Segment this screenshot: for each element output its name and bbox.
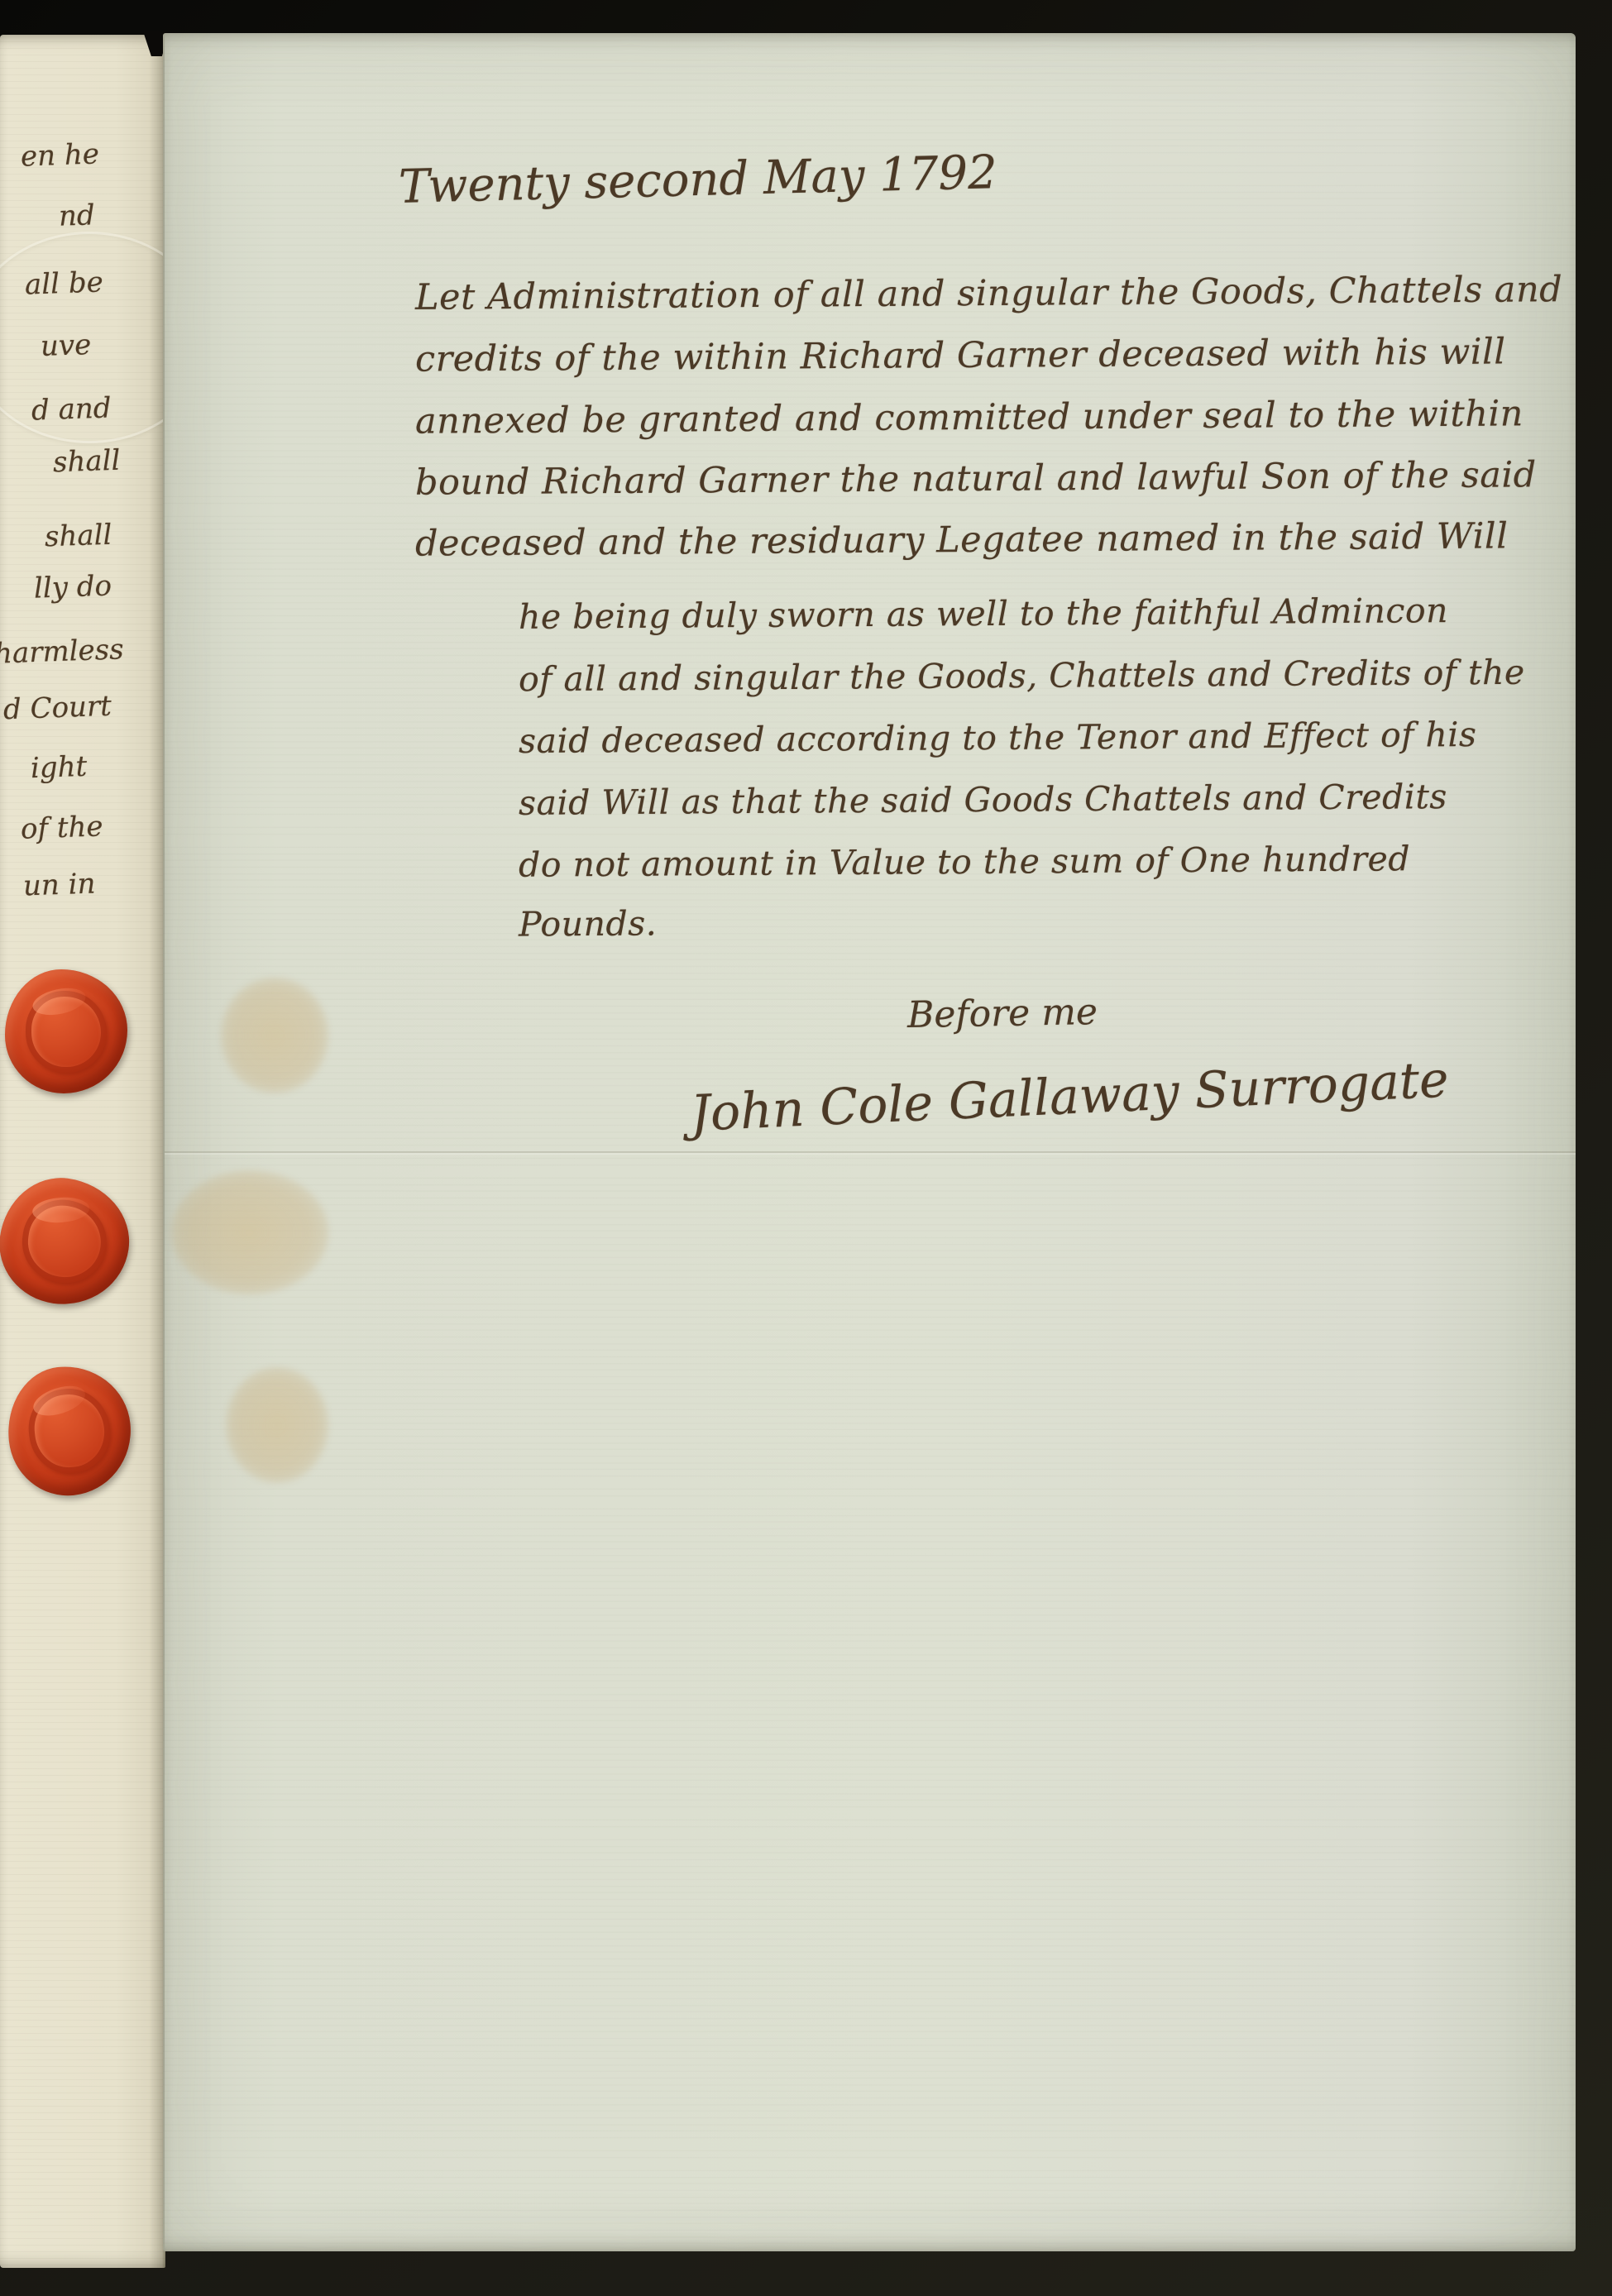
- oath-line: he being duly sworn as well to the faith…: [519, 591, 1448, 637]
- wax-seal-icon: [0, 1170, 137, 1313]
- facing-page-text-fragment: d Court: [2, 690, 112, 727]
- oath-line: said deceased according to the Tenor and…: [519, 715, 1477, 761]
- grant-line: Let Administration of all and singular t…: [415, 269, 1563, 318]
- stain-mark: [171, 1170, 328, 1294]
- oath-line: of all and singular the Goods, Chattels …: [519, 653, 1525, 699]
- facing-page-text-fragment: harmless: [0, 633, 125, 670]
- oath-line: said Will as that the said Goods Chattel…: [519, 777, 1447, 823]
- stain-mark: [226, 1367, 328, 1483]
- wax-seal-icon: [5, 969, 127, 1093]
- facing-page-edge: en he nd all be uve d and shall shall ll…: [0, 35, 165, 2268]
- facing-page-text-fragment: nd: [59, 199, 96, 232]
- oath-line: Pounds.: [519, 903, 658, 944]
- surrogate-signature: John Cole Gallaway Surrogate: [689, 1050, 1450, 1143]
- facing-page-text-fragment: ight: [30, 750, 88, 785]
- stain-mark: [221, 978, 328, 1093]
- scanned-document: en he nd all be uve d and shall shall ll…: [0, 0, 1612, 2296]
- oath-line: do not amount in Value to the sum of One…: [519, 839, 1410, 885]
- document-page: Twenty second May 1792 Let Administratio…: [163, 33, 1576, 2251]
- facing-page-text-fragment: all be: [25, 265, 104, 301]
- facing-page-text-fragment: d and: [31, 391, 112, 427]
- grant-line: bound Richard Garner the natural and law…: [415, 454, 1537, 503]
- facing-page-text-fragment: lly do: [33, 569, 112, 605]
- facing-page-text-fragment: uve: [40, 328, 92, 363]
- grant-line: deceased and the residuary Legatee named…: [415, 515, 1509, 564]
- facing-page-text-fragment: shall: [52, 444, 121, 480]
- date-line: Twenty second May 1792: [398, 146, 997, 214]
- facing-page-text-fragment: of the: [21, 810, 104, 845]
- grant-line: annexed be granted and committed under s…: [415, 393, 1524, 442]
- facing-page-text-fragment: en he: [20, 137, 99, 173]
- attestation-label: Before me: [907, 991, 1098, 1036]
- fold-crease: [165, 1151, 1576, 1155]
- facing-page-text-fragment: shall: [44, 519, 112, 554]
- wax-seal-icon: [2, 1361, 136, 1502]
- grant-line: credits of the within Richard Garner dec…: [415, 331, 1506, 380]
- facing-page-text-fragment: un in: [22, 867, 96, 902]
